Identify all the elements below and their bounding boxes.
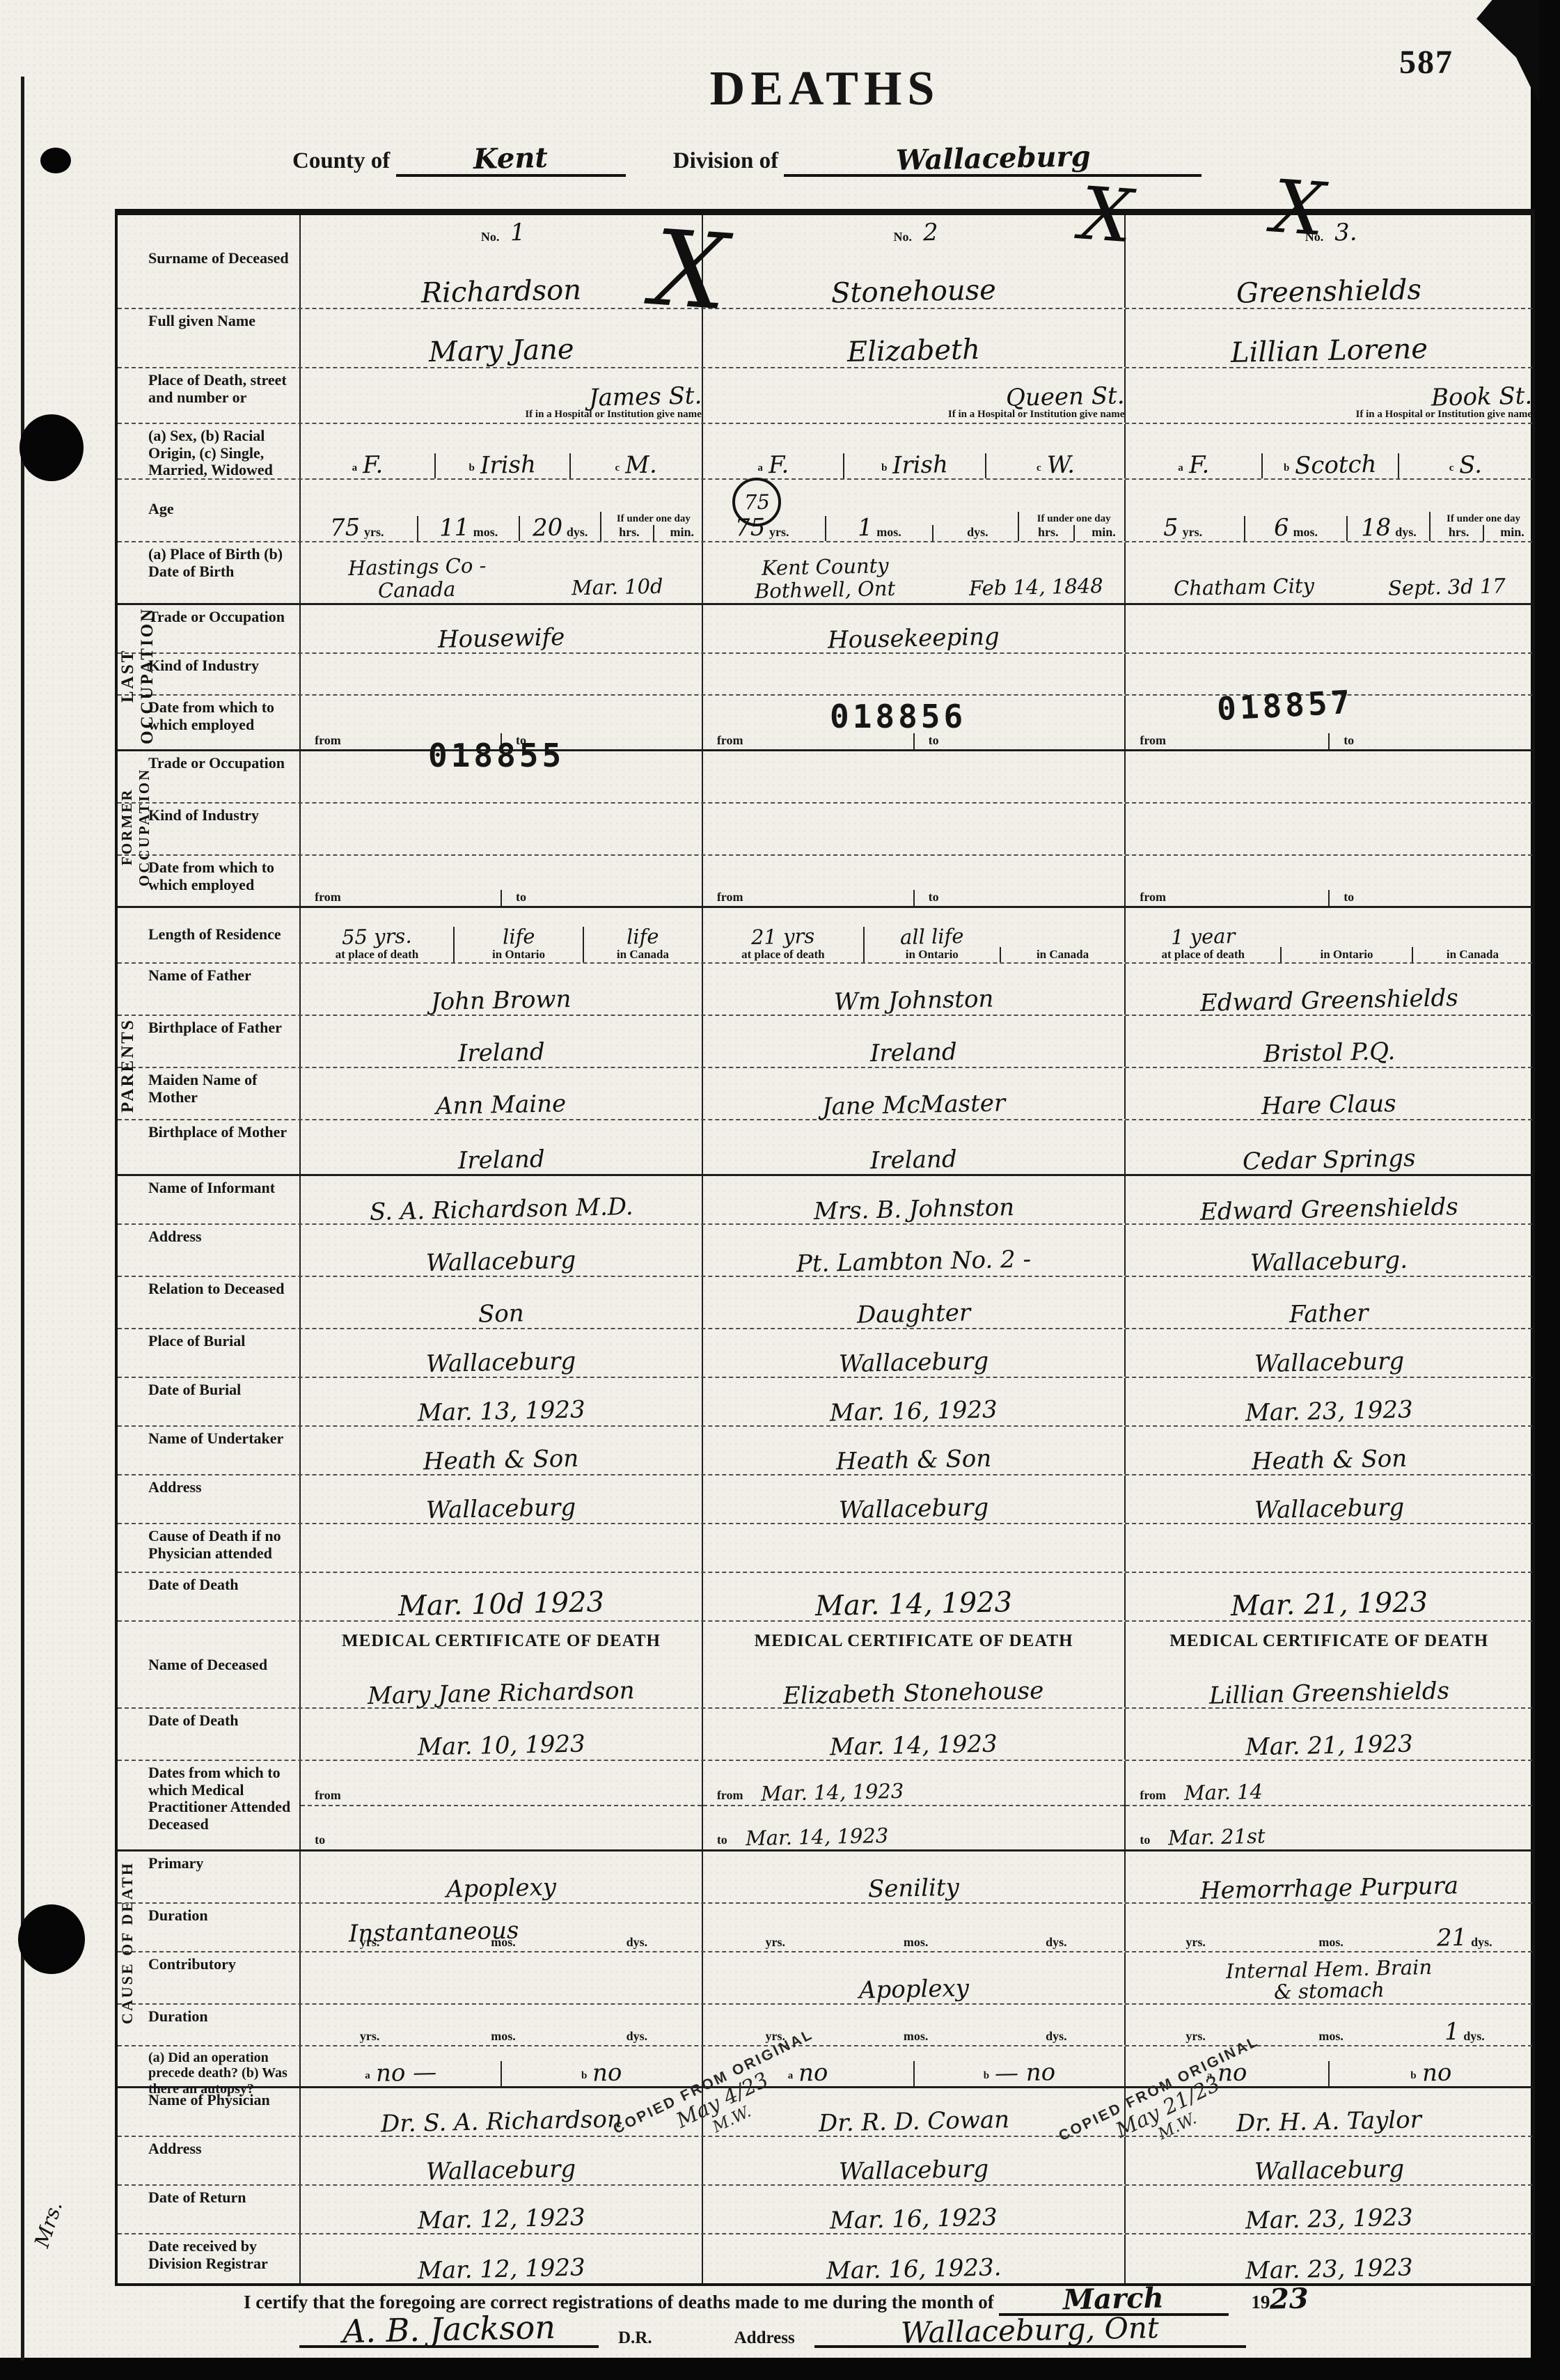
age-mos-value: 1 xyxy=(857,516,872,540)
physician-label-cell: Name of Physician xyxy=(118,2088,299,2136)
record2-sex: F. xyxy=(768,453,789,478)
attended-from-line: fromMar. 14, 1923 xyxy=(703,1761,1125,1806)
surname-label: Surname of Deceased xyxy=(148,249,289,267)
record3-cert-name: Lillian Greenshields xyxy=(1208,1679,1449,1707)
circled-age-75: 75 xyxy=(732,478,781,526)
record1-age-mos: 11mos. xyxy=(417,516,519,541)
record2-burial-place-cell: Wallaceburg xyxy=(702,1329,1125,1377)
residence-place-value: 21 yrs xyxy=(751,926,815,948)
row-date-of-return: Date of Return Mar. 12, 1923 Mar. 16, 19… xyxy=(118,2186,1532,2234)
date-received-label-cell: Date received by Division Registrar xyxy=(118,2234,299,2283)
record2-given-name-cell: Elizabeth xyxy=(702,309,1125,367)
employed-to: to xyxy=(913,890,1125,906)
row-cause-no-physician: Cause of Death if no Physician attended xyxy=(118,1524,1532,1573)
record3-medcert-cell: MEDICAL CERTIFICATE OF DEATH xyxy=(1124,1622,1532,1653)
burial-date-label-cell: Date of Burial xyxy=(118,1378,299,1425)
from-caption: from xyxy=(315,890,341,905)
under-one-day-caption: If under one day xyxy=(1019,512,1128,525)
duration-mos-slot: mos. xyxy=(844,1935,984,1951)
record3-physician: Dr. H. A. Taylor xyxy=(1236,2108,1422,2136)
burial-place-label-cell: Place of Burial xyxy=(118,1329,299,1377)
row-informant-address: Address Wallaceburg Pt. Lambton No. 2 - … xyxy=(118,1225,1532,1277)
under-one-day-slots: hrs.min. xyxy=(1431,525,1536,541)
record1-cert-date: Mar. 10, 1923 xyxy=(417,1732,585,1759)
record3-mother-birthplace: Cedar Springs xyxy=(1243,1146,1416,1173)
medical-certificate-heading: MEDICAL CERTIFICATE OF DEATH xyxy=(301,1631,702,1651)
record3-age-cell: 5yrs. 6mos. 18dys. If under one day hrs.… xyxy=(1124,480,1532,541)
yrs-caption: yrs. xyxy=(765,1935,785,1950)
row-informant: Name of Informant S. A. Richardson M.D. … xyxy=(118,1176,1532,1225)
record3-mother-cell: Hare Claus xyxy=(1124,1068,1532,1119)
row-cert-date: Date of Death Mar. 10, 1923 Mar. 14, 192… xyxy=(118,1709,1532,1761)
row-place-of-death: Place of Death, street and number or Jam… xyxy=(118,368,1532,424)
number-label-cell xyxy=(118,215,299,246)
birthplace-line1: Chatham City xyxy=(1173,576,1314,599)
mos-caption: mos. xyxy=(1318,2029,1344,2044)
hrs-caption: hrs. xyxy=(1449,525,1470,540)
record1-number-cell: No. 1 xyxy=(299,215,702,246)
age-dys-value: 18 xyxy=(1361,516,1392,540)
record3-autopsy: no xyxy=(1421,2061,1451,2085)
duration-dys-slot: 21dys. xyxy=(1396,1926,1532,1951)
record3-undertaker-cell: Heath & Son xyxy=(1124,1427,1532,1474)
record1-informant: S. A. Richardson M.D. xyxy=(369,1195,633,1224)
birthplace-line2: Bothwell, Ont xyxy=(755,579,896,602)
section-last-occupation: LAST OCCUPATION xyxy=(118,606,146,745)
county-label: County of xyxy=(292,148,390,173)
row-date-of-death: Date of Death Mar. 10d 1923 Mar. 14, 192… xyxy=(118,1573,1532,1622)
record3-mother: Hare Claus xyxy=(1261,1092,1396,1118)
employed-from: from xyxy=(1126,733,1328,749)
address-label: Address xyxy=(148,1478,202,1496)
duration-mos-slot: mos. xyxy=(1261,2029,1397,2045)
x-mark-2: X xyxy=(1078,181,1135,250)
record3-place-of-death: Book St. xyxy=(1431,384,1533,409)
record1-former-employed-cell: from to xyxy=(299,856,702,906)
record1-former-industry-cell xyxy=(299,804,702,854)
employed-label: Date from which to which employed xyxy=(148,698,274,733)
punch-hole-top xyxy=(19,414,84,481)
record3-age-dys: 18dys. xyxy=(1346,516,1429,541)
record2-last-industry-cell xyxy=(702,654,1125,694)
hrs-slot: hrs. xyxy=(601,525,653,541)
year-value: 23 xyxy=(1270,2285,1309,2313)
row-former-trade: Trade or Occupation xyxy=(118,751,1532,804)
hrs-slot: hrs. xyxy=(1431,525,1483,541)
record1-given-name: Mary Jane xyxy=(428,336,574,366)
employed-from: from xyxy=(703,733,913,749)
record1-cause-no-physician-cell xyxy=(299,1524,702,1572)
record3-former-employed-cell: from to xyxy=(1124,856,1532,906)
given-name-label-cell: Full given Name xyxy=(118,309,299,367)
serial-stamp-3: 018857 xyxy=(1216,683,1355,728)
medical-certificate-heading: MEDICAL CERTIFICATE OF DEATH xyxy=(703,1631,1125,1651)
record3-date-of-return: Mar. 23, 1923 xyxy=(1245,2205,1413,2232)
residence-ontario-value: all life xyxy=(900,926,964,948)
father-birthplace-label: Birthplace of Father xyxy=(148,1019,282,1036)
record3-mother-birthplace-cell: Cedar Springs xyxy=(1124,1120,1532,1174)
relation-label-cell: Relation to Deceased xyxy=(118,1277,299,1328)
dys-caption: dys. xyxy=(967,525,988,540)
record3-contributory-cell: Internal Hem. Brain & stomach xyxy=(1124,1952,1532,2003)
record1-given-name-cell: Mary Jane xyxy=(299,309,702,367)
operation-slot: ano — xyxy=(301,2061,501,2086)
to-caption: to xyxy=(315,1833,325,1847)
duration-dys-slot: dys. xyxy=(984,1935,1125,1951)
record1-contributory-duration-cell: yrs. mos. dys. xyxy=(299,2005,702,2045)
record3-attended-from: Mar. 14 xyxy=(1184,1781,1263,1803)
record1-undertaker-address-cell: Wallaceburg xyxy=(299,1475,702,1523)
row-primary-duration: Duration Instantaneous yrs. mos. dys. yr… xyxy=(118,1904,1532,1952)
mos-caption: mos. xyxy=(473,525,498,540)
record3-date-of-death-cell: Mar. 21, 1923 xyxy=(1124,1573,1532,1620)
record1-marital: M. xyxy=(625,453,657,478)
record3-date-received-cell: Mar. 23, 1923 xyxy=(1124,2234,1532,2283)
employed-to: to xyxy=(913,733,1125,749)
residence-place-value: 1 year xyxy=(1171,926,1236,948)
record1-racial-origin: Irish xyxy=(480,453,537,478)
age-yrs-value: 5 xyxy=(1163,516,1179,540)
record2-cert-name: Elizabeth Stonehouse xyxy=(783,1679,1044,1708)
record2-attended-from: Mar. 14, 1923 xyxy=(761,1780,904,1803)
record2-contributory: Apoplexy xyxy=(858,1976,969,2002)
to-caption: to xyxy=(1140,1833,1150,1847)
record2-informant-cell: Mrs. B. Johnston xyxy=(702,1176,1125,1223)
record2-under-one-day: If under one day hrs.min. xyxy=(1018,512,1128,541)
record1-date-of-death-cell: Mar. 10d 1923 xyxy=(299,1573,702,1620)
in-ontario-caption: in Ontario xyxy=(906,947,959,961)
record3-age-yrs: 5yrs. xyxy=(1121,516,1243,541)
row-former-employed: Date from which to which employed from t… xyxy=(118,856,1532,908)
employed-from: from xyxy=(1126,890,1328,906)
record3-given-name-cell: Lillian Lorene xyxy=(1124,309,1532,367)
record2-former-industry-cell xyxy=(702,804,1125,854)
record3-father-cell: Edward Greenshields xyxy=(1124,964,1532,1015)
record1-marital-slot: cM. xyxy=(569,453,702,478)
residence-label-cell: Length of Residence xyxy=(118,908,299,962)
record3-former-trade-cell xyxy=(1124,751,1532,802)
dys-caption: dys. xyxy=(1463,2029,1485,2044)
scan-edge-bottom xyxy=(0,2358,1560,2380)
birthplace-line1: Hastings Co - xyxy=(348,556,487,579)
duration-dys-slot: 1dys. xyxy=(1396,2020,1532,2045)
attended-to-line: to xyxy=(301,1806,702,1850)
record2-marital: W. xyxy=(1046,453,1075,478)
record3-contributory: Internal Hem. Brain xyxy=(1226,1957,1433,1982)
record3-undertaker: Heath & Son xyxy=(1251,1447,1407,1474)
dys-caption: dys. xyxy=(627,2029,648,2044)
record1-cert-name: Mary Jane Richardson xyxy=(368,1679,635,1708)
row-burial-date: Date of Burial Mar. 13, 1923 Mar. 16, 19… xyxy=(118,1378,1532,1427)
row-contributory: Contributory Apoplexy Internal Hem. Brai… xyxy=(118,1952,1532,2005)
record1-cert-name-cell: Mary Jane Richardson xyxy=(299,1653,702,1707)
x-mark-1: X xyxy=(649,221,730,320)
dys-caption: dys. xyxy=(1046,2029,1067,2044)
circled-age-value: 75 xyxy=(743,492,770,512)
date-of-return-label-cell: Date of Return xyxy=(118,2186,299,2233)
x-mark-3: X xyxy=(1270,174,1327,243)
record1-age-dys: 20dys. xyxy=(519,516,600,541)
yrs-caption: yrs. xyxy=(769,525,789,540)
record1-mother-cell: Ann Maine xyxy=(299,1068,702,1119)
record2-marital-slot: cW. xyxy=(985,453,1124,478)
record3-birth-cell: Chatham City Sept. 3d 17 xyxy=(1124,542,1532,603)
under-one-day-slots: hrs.min. xyxy=(601,525,706,541)
yrs-caption: yrs. xyxy=(1185,2029,1206,2044)
at-place-caption: at place of death xyxy=(1162,947,1245,961)
from-caption: from xyxy=(1140,1788,1166,1803)
record2-undertaker: Heath & Son xyxy=(836,1447,992,1474)
to-caption: to xyxy=(1344,733,1354,748)
yrs-caption: yrs. xyxy=(364,525,384,540)
duration-yrs-slot: yrs. xyxy=(703,1935,844,1951)
record3-undertaker-address: Wallaceburg xyxy=(1254,1496,1404,1522)
record2-given-name: Elizabeth xyxy=(847,336,981,366)
mos-caption: mos. xyxy=(904,1935,929,1950)
record1-date-of-death: Mar. 10d 1923 xyxy=(398,1588,605,1620)
record2-medcert-cell: MEDICAL CERTIFICATE OF DEATH xyxy=(702,1622,1125,1653)
record1-burial-place-cell: Wallaceburg xyxy=(299,1329,702,1377)
record1-mother: Ann Maine xyxy=(436,1092,567,1118)
record3-father-birthplace-cell: Bristol P.Q. xyxy=(1124,1016,1532,1067)
record3-informant-cell: Edward Greenshields xyxy=(1124,1176,1532,1223)
scan-edge-left-line xyxy=(21,77,24,2361)
no-label: No. xyxy=(481,230,500,244)
record2-birth-cell: Kent CountyBothwell, Ont Feb 14, 1848 xyxy=(702,542,1125,603)
mark-b: b xyxy=(1284,462,1289,477)
record2-informant-address-cell: Pt. Lambton No. 2 - xyxy=(702,1225,1125,1276)
record2-contributory-cell: Apoplexy xyxy=(702,1952,1125,2003)
record3-birth-date: Sept. 3d 17 xyxy=(1362,577,1532,600)
in-ontario-caption: in Ontario xyxy=(492,947,545,961)
residence-ontario: lifein Ontario xyxy=(453,927,583,962)
burial-place-label: Place of Burial xyxy=(148,1332,245,1349)
record2-surname: Stonehouse xyxy=(831,276,997,308)
no-label: No. xyxy=(894,230,913,244)
under-one-day-caption: If under one day xyxy=(601,512,706,525)
min-slot: min. xyxy=(1073,525,1129,541)
mark-c: c xyxy=(615,462,620,477)
row-residence: Length of Residence 55 yrs.at place of d… xyxy=(118,908,1532,964)
record2-cert-name-cell: Elizabeth Stonehouse xyxy=(702,1653,1125,1707)
registration-form: No. 1 No. 2 No. 3. Surname of Deceased R… xyxy=(115,209,1535,2286)
employed-to: to xyxy=(1328,890,1532,906)
operation-label-cell: (a) Did an operation precede death? (b) … xyxy=(118,2046,299,2086)
record2-cert-date-cell: Mar. 14, 1923 xyxy=(702,1709,1125,1760)
from-caption: from xyxy=(717,733,743,748)
record1-attended-cell: from to xyxy=(299,1761,702,1849)
record2-primary-cell: Senility xyxy=(702,1851,1125,1902)
record1-physician-address: Wallaceburg xyxy=(426,2157,576,2184)
row-former-industry: Kind of Industry xyxy=(118,804,1532,856)
record3-burial-date: Mar. 23, 1923 xyxy=(1245,1398,1413,1425)
record3-primary-cause: Hemorrhage Purpura xyxy=(1199,1874,1458,1903)
registrar-signature-field: A. B. Jackson xyxy=(299,2313,599,2348)
from-caption: from xyxy=(315,1788,341,1803)
record2-number: 2 xyxy=(923,221,938,244)
min-caption: min. xyxy=(670,525,695,540)
record3-father-birthplace: Bristol P.Q. xyxy=(1263,1040,1395,1066)
record1-occupation: Housewife xyxy=(437,625,565,652)
record2-former-employed-cell: from to xyxy=(702,856,1125,906)
record3-number-cell: No. 3. xyxy=(1124,215,1532,246)
yrs-caption: yrs. xyxy=(1185,1935,1206,1950)
residence-canada: in Canada xyxy=(1412,947,1532,962)
row-given-name: Full given Name Mary Jane Elizabeth Lill… xyxy=(118,309,1532,368)
record2-mother-cell: Jane McMaster xyxy=(702,1068,1125,1119)
record1-informant-address-cell: Wallaceburg xyxy=(299,1225,702,1276)
record3-contributory-2: & stomach xyxy=(1274,1980,1385,2002)
record2-attended-cell: fromMar. 14, 1923 toMar. 14, 1923 xyxy=(702,1761,1125,1849)
in-canada-caption: in Canada xyxy=(1037,947,1089,961)
record3-sex: F. xyxy=(1188,453,1209,478)
serial-stamp-1: 018855 xyxy=(428,737,565,774)
duration-mos-slot: mos. xyxy=(1261,1935,1397,1951)
to-caption: to xyxy=(717,1833,727,1847)
duration-dys-slot: dys. xyxy=(568,2029,702,2045)
record3-cert-date-cell: Mar. 21, 1923 xyxy=(1124,1709,1532,1760)
attended-from-line: from xyxy=(301,1761,702,1806)
record1-burial-date-cell: Mar. 13, 1923 xyxy=(299,1378,702,1425)
physician-label: Name of Physician xyxy=(148,2091,270,2108)
date-received-label: Date received by Division Registrar xyxy=(148,2237,268,2272)
mark-a: a xyxy=(757,462,763,477)
record1-surname-cell: Richardson xyxy=(299,246,702,308)
residence-canada: lifein Canada xyxy=(583,927,702,962)
row-date-received: Date received by Division Registrar Mar.… xyxy=(118,2234,1532,2283)
row-age: Age 75yrs. 11mos. 20dys. If under one da… xyxy=(118,480,1532,542)
birth-date-value: Mar. 10d xyxy=(572,577,663,599)
row-attended: Dates from which to which Medical Practi… xyxy=(118,1761,1532,1851)
residence-ontario: all lifein Ontario xyxy=(863,927,1000,962)
mark-b: b xyxy=(881,462,887,477)
county-field: Kent xyxy=(396,145,626,177)
record3-given-name: Lillian Lorene xyxy=(1230,335,1428,367)
record1-sex: F. xyxy=(363,453,384,478)
employed-from: from xyxy=(301,890,501,906)
age-label: Age xyxy=(148,500,174,517)
age-label-cell: Age xyxy=(118,480,299,541)
record2-date-received: Mar. 16, 1923. xyxy=(826,2255,1002,2283)
to-caption: to xyxy=(929,890,939,905)
burial-date-label: Date of Burial xyxy=(148,1381,241,1398)
mos-caption: mos. xyxy=(876,525,901,540)
to-caption: to xyxy=(516,890,526,905)
record1-undertaker-address: Wallaceburg xyxy=(426,1496,576,1522)
trade-label: Trade or Occupation xyxy=(148,754,285,772)
record1-primary-cell: Apoplexy xyxy=(299,1851,702,1902)
cert-name-label-cell: Name of Deceased xyxy=(118,1653,299,1707)
surname-label-cell: Surname of Deceased xyxy=(118,246,299,308)
record3-primary-duration-dys: 21 xyxy=(1436,1926,1467,1950)
row-medical-certificate: MEDICAL CERTIFICATE OF DEATH MEDICAL CER… xyxy=(118,1622,1532,1653)
at-place-caption: at place of death xyxy=(336,947,418,961)
record3-contributory-duration-dys: 1 xyxy=(1444,2020,1459,2044)
hrs-slot: hrs. xyxy=(1019,525,1073,541)
record1-medcert-cell: MEDICAL CERTIFICATE OF DEATH xyxy=(299,1622,702,1653)
record1-informant-cell: S. A. Richardson M.D. xyxy=(299,1176,702,1223)
date-of-death-label: Date of Death xyxy=(148,1712,239,1729)
record1-informant-address: Wallaceburg xyxy=(426,1248,576,1275)
row-mother: Maiden Name of Mother Ann Maine Jane McM… xyxy=(118,1068,1532,1120)
duration-yrs-slot: yrs. xyxy=(301,2029,434,2045)
medcert-spacer-cell xyxy=(118,1622,299,1653)
record2-age-mos: 1mos. xyxy=(825,516,931,541)
industry-label: Kind of Industry xyxy=(148,806,259,824)
record2-date-of-return-cell: Mar. 16, 1923 xyxy=(702,2186,1125,2233)
mos-caption: mos. xyxy=(904,2029,929,2044)
from-caption: from xyxy=(717,1788,743,1803)
record1-last-trade-cell: Housewife xyxy=(299,605,702,652)
record3-cert-name-cell: Lillian Greenshields xyxy=(1124,1653,1532,1707)
mos-caption: mos. xyxy=(1318,1935,1344,1950)
record1-father-birthplace-cell: Ireland xyxy=(299,1016,702,1067)
row-primary-cause: Primary Apoplexy Senility Hemorrhage Pur… xyxy=(118,1851,1532,1904)
record2-primary-cause: Senility xyxy=(868,1876,959,1902)
row-cert-name: Name of Deceased Mary Jane Richardson El… xyxy=(118,1653,1532,1709)
record1-place-of-death-cell: James St. If in a Hospital or Institutio… xyxy=(299,368,702,423)
attended-label: Dates from which to which Medical Practi… xyxy=(148,1764,290,1833)
signature-row: A. B. Jackson D.R. Address Wallaceburg, … xyxy=(299,2313,1483,2348)
record2-informant: Mrs. B. Johnston xyxy=(813,1196,1014,1223)
punch-hole-bottom xyxy=(18,1904,85,1974)
serial-stamp-2: 018856 xyxy=(830,698,966,735)
record3-relation-cell: Father xyxy=(1124,1277,1532,1328)
residence-at-place: 21 yrsat place of death xyxy=(703,927,863,962)
mark-b: b xyxy=(469,462,475,477)
record3-attended-cell: fromMar. 14 toMar. 21st xyxy=(1124,1761,1532,1849)
residence-place-value: 55 yrs. xyxy=(342,926,412,948)
record1-primary-cause: Apoplexy xyxy=(446,1875,557,1901)
duration-label: Duration xyxy=(148,2007,208,2025)
attended-from-line: fromMar. 14 xyxy=(1126,1761,1532,1806)
record2-relation-cell: Daughter xyxy=(702,1277,1125,1328)
residence-label: Length of Residence xyxy=(148,925,281,943)
record1-relation: Son xyxy=(478,1301,524,1326)
record1-origin-slot: bIrish xyxy=(434,453,569,478)
hrs-caption: hrs. xyxy=(619,525,640,540)
record2-mother-birthplace-cell: Ireland xyxy=(702,1120,1125,1174)
record1-date-of-return: Mar. 12, 1923 xyxy=(417,2205,585,2232)
section-cause-of-death: CAUSE OF DEATH xyxy=(118,1849,146,2037)
record1-father-cell: John Brown xyxy=(299,964,702,1015)
certify-text: I certify that the foregoing are correct… xyxy=(244,2292,994,2312)
record1-operation: no — xyxy=(375,2060,436,2085)
autopsy-slot: bno xyxy=(1328,2061,1532,2086)
division-label: Division of xyxy=(673,148,778,173)
record2-cert-date: Mar. 14, 1923 xyxy=(830,1732,998,1759)
row-sex-origin-marital: (a) Sex, (b) Racial Origin, (c) Single, … xyxy=(118,424,1532,480)
ink-dot xyxy=(40,148,71,173)
hrs-caption: hrs. xyxy=(1038,525,1059,540)
division-value: Wallaceburg xyxy=(895,143,1090,175)
record3-last-trade-cell xyxy=(1124,605,1532,652)
dys-caption: dys. xyxy=(567,525,588,540)
record1-date-of-return-cell: Mar. 12, 1923 xyxy=(299,2186,702,2233)
record3-relation: Father xyxy=(1289,1301,1369,1326)
record2-burial-date: Mar. 16, 1923 xyxy=(830,1398,998,1425)
autopsy-slot: b— no xyxy=(913,2061,1125,2086)
footer-address-label: Address xyxy=(734,2328,795,2348)
record3-informant-address: Wallaceburg. xyxy=(1250,1248,1408,1276)
record1-sex-slot: aF. xyxy=(301,453,434,478)
mother-label: Maiden Name of Mother xyxy=(148,1071,257,1106)
record1-surname: Richardson xyxy=(421,276,582,308)
date-of-death-label-cell: Date of Death xyxy=(118,1573,299,1620)
record3-racial-origin: Scotch xyxy=(1295,453,1377,478)
record2-cause-no-physician-cell xyxy=(702,1524,1125,1572)
residence-at-place: 55 yrs.at place of death xyxy=(301,927,453,962)
